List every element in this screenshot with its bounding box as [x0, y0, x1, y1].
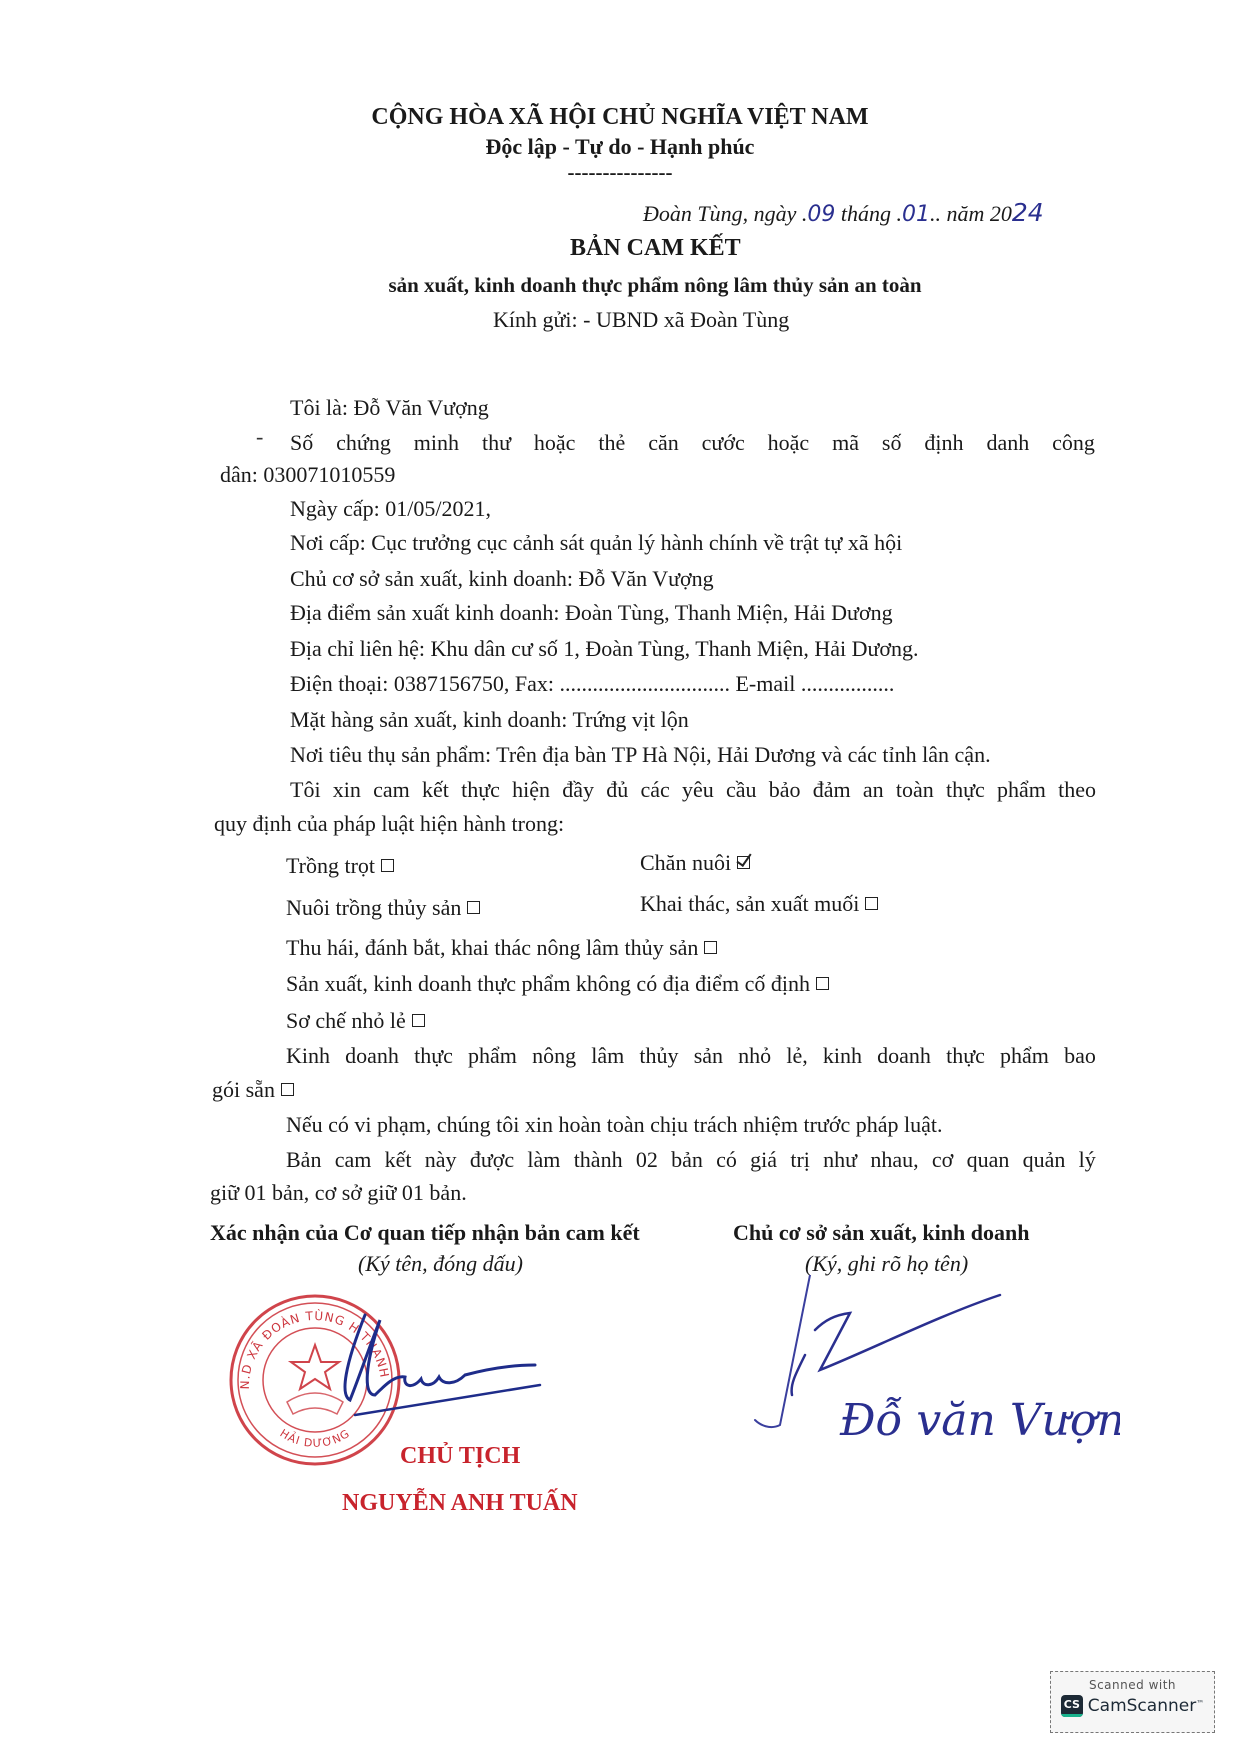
date-year-handwritten: 24 [1012, 198, 1044, 227]
category-kinh-doanh-nho-le: Kinhdoanhthựcphẩmnônglâmthủysảnnhỏlẻ,kin… [286, 1043, 1096, 1069]
margin-dash-mark: - [256, 424, 263, 450]
category-chan-nuoi: Chăn nuôi [640, 850, 750, 876]
date-place-prefix: Đoàn Tùng, ngày . [643, 201, 807, 226]
category-so-che: Sơ chế nhỏ lẻ [286, 1008, 425, 1034]
category-kinh-doanh-nho-le-cont: gói sẵn [212, 1077, 294, 1103]
word: doanh [345, 1043, 399, 1069]
word: mã [832, 430, 859, 456]
word: phẩm [1000, 1043, 1049, 1069]
receiver-heading: Xác nhận của Cơ quan tiếp nhận bản cam k… [210, 1220, 640, 1246]
word: thực [414, 1043, 453, 1069]
svg-text:HẢI DƯƠNG: HẢI DƯƠNG [278, 1427, 353, 1450]
category-trong-trot: Trồng trọt [286, 853, 394, 879]
word: nông [532, 1043, 576, 1069]
word: doanh [877, 1043, 931, 1069]
word: kinh [823, 1043, 862, 1069]
category-label: Khai thác, sản xuất muối [640, 891, 859, 916]
word: hoặc [534, 430, 576, 456]
checkbox-nuoi-trong-thuy-san[interactable] [467, 901, 480, 914]
issue-place: Nơi cấp: Cục trưởng cục cảnh sát quản lý… [290, 530, 902, 556]
word: có [716, 1147, 737, 1173]
owner-note: (Ký, ghi rõ họ tên) [805, 1251, 968, 1277]
id-number-line: Sốchứngminhthưhoặcthẻcăncướchoặcmãsốđịnh… [290, 430, 1095, 456]
word: số [882, 430, 902, 456]
document-title: BẢN CAM KẾT [570, 235, 741, 262]
category-label: Thu hái, đánh bắt, khai thác nông lâm th… [286, 935, 698, 960]
word: định [924, 430, 963, 456]
business-owner: Chủ cơ sở sản xuất, kinh doanh: Đỗ Văn V… [290, 566, 714, 592]
document-subtitle: sản xuất, kinh doanh thực phẩm nông lâm … [35, 273, 1240, 298]
trademark-mark: ™ [1196, 1699, 1204, 1708]
owner-signature-icon: Đỗ văn Vượng [740, 1275, 1120, 1485]
date-month: 01 [902, 202, 930, 227]
category-label: Trồng trọt [286, 853, 375, 878]
chairman-title: CHỦ TỊCH [400, 1443, 520, 1470]
copies-statement: Bảncamkếtnàyđượclàmthành02bảncógiátrịnhư… [286, 1147, 1096, 1173]
owner-heading: Chủ cơ sở sản xuất, kinh doanh [733, 1220, 1029, 1246]
word: chứng [336, 430, 391, 456]
receiver-note: (Ký tên, đóng dấu) [358, 1251, 523, 1277]
word: cước [702, 430, 745, 456]
word: hoặc [768, 430, 810, 456]
date-line: Đoàn Tùng, ngày .09 tháng .01.. năm 2024 [643, 198, 1044, 227]
word: quan [967, 1147, 1010, 1173]
national-title: CỘNG HÒA XÃ HỘI CHỦ NGHĨA VIỆT NAM [0, 104, 1240, 131]
checkbox-kinh-doanh-nho-le[interactable] [281, 1083, 294, 1096]
word: như [823, 1147, 857, 1173]
category-label: Sản xuất, kinh doanh thực phẩm không có … [286, 971, 810, 996]
phone-fax-email: Điện thoại: 0387156750, Fax: ...........… [290, 671, 894, 697]
word: nhau, [870, 1147, 918, 1173]
chairman-name: NGUYỄN ANH TUẤN [342, 1490, 578, 1517]
word: bao [1064, 1043, 1096, 1069]
word: công [1052, 430, 1095, 456]
category-label: gói sẵn [212, 1077, 275, 1102]
commit-line-2: quy định của pháp luật hiện hành trong: [214, 811, 564, 837]
category-label: Nuôi trồng thủy sản [286, 895, 461, 920]
word: lâm [591, 1043, 624, 1069]
issue-date: Ngày cấp: 01/05/2021, [290, 496, 491, 522]
word: nhỏ [738, 1043, 771, 1069]
product-line: Mặt hàng sản xuất, kinh doanh: Trứng vịt… [290, 707, 689, 733]
national-motto: Độc lập - Tự do - Hạnh phúc [0, 134, 1240, 160]
word: Bản [286, 1147, 321, 1173]
business-location: Địa điểm sản xuất kinh doanh: Đoàn Tùng,… [290, 600, 893, 626]
word: trị [790, 1147, 810, 1173]
word: này [425, 1147, 457, 1173]
date-day: 09 [807, 202, 835, 227]
word: phẩm [468, 1043, 517, 1069]
checkbox-trong-trot[interactable] [381, 859, 394, 872]
checkbox-khong-dia-diem[interactable] [816, 977, 829, 990]
watermark-caption: Scanned with [1051, 1678, 1214, 1692]
word: quản [1023, 1147, 1066, 1173]
market-line: Nơi tiêu thụ sản phẩm: Trên địa bàn TP H… [290, 742, 991, 768]
category-label: Chăn nuôi [640, 850, 731, 875]
word: lẻ, [786, 1043, 807, 1069]
word: kết [385, 1147, 412, 1173]
word: thủy [639, 1043, 678, 1069]
word: giá [750, 1147, 777, 1173]
word: thành [574, 1147, 623, 1173]
camscanner-brand: CamScanner [1088, 1696, 1196, 1716]
word: cam [335, 1147, 372, 1173]
camscanner-watermark: Scanned with CS CamScanner™ [1050, 1671, 1215, 1733]
word: minh [414, 430, 459, 456]
date-year-prefix: .. năm 20 [930, 201, 1012, 226]
category-khai-thac-muoi: Khai thác, sản xuất muối [640, 891, 878, 917]
word: Số [290, 430, 313, 456]
date-month-prefix: tháng . [835, 201, 902, 226]
word: căn [648, 430, 679, 456]
category-nuoi-trong-thuy-san: Nuôi trồng thủy sản [286, 895, 480, 921]
word: bản [671, 1147, 703, 1173]
word: Kinh [286, 1043, 330, 1069]
checkbox-thu-hai[interactable] [704, 941, 717, 954]
liability-statement: Nếu có vi phạm, chúng tôi xin hoàn toàn … [286, 1112, 943, 1138]
word: thực [946, 1043, 985, 1069]
word: sản [694, 1043, 723, 1069]
checkbox-khai-thac-muoi[interactable] [865, 897, 878, 910]
category-khong-dia-diem: Sản xuất, kinh doanh thực phẩm không có … [286, 971, 829, 997]
declarant-name: Tôi là: Đỗ Văn Vượng [290, 395, 489, 421]
commit-line-1: Tôi xin cam kết thực hiện đầy đủ các yêu… [290, 777, 1096, 803]
camscanner-logo-icon: CS [1061, 1695, 1083, 1717]
word: cơ [932, 1147, 953, 1173]
category-thu-hai: Thu hái, đánh bắt, khai thác nông lâm th… [286, 935, 717, 961]
contact-address: Địa chỉ liên hệ: Khu dân cư số 1, Đoàn T… [290, 636, 919, 662]
svg-text:Đỗ văn Vượng: Đỗ văn Vượng [839, 1395, 1120, 1446]
checkbox-chan-nuoi[interactable] [737, 856, 750, 869]
category-label: Sơ chế nhỏ lẻ [286, 1008, 406, 1033]
chairman-signature-icon [325, 1305, 555, 1425]
header-separator: --------------- [0, 160, 1240, 185]
word: danh [986, 430, 1029, 456]
word: làm [527, 1147, 560, 1173]
word: được [470, 1147, 514, 1173]
checkbox-so-che[interactable] [412, 1014, 425, 1027]
word: lý [1079, 1147, 1096, 1173]
word: thư [482, 430, 511, 456]
copies-statement-cont: giữ 01 bản, cơ sở giữ 01 bản. [210, 1180, 467, 1206]
word: thẻ [598, 430, 625, 456]
recipient-line: Kính gửi: - UBND xã Đoàn Tùng [493, 307, 789, 333]
id-number: dân: 030071010559 [220, 462, 395, 488]
word: 02 [636, 1147, 658, 1173]
